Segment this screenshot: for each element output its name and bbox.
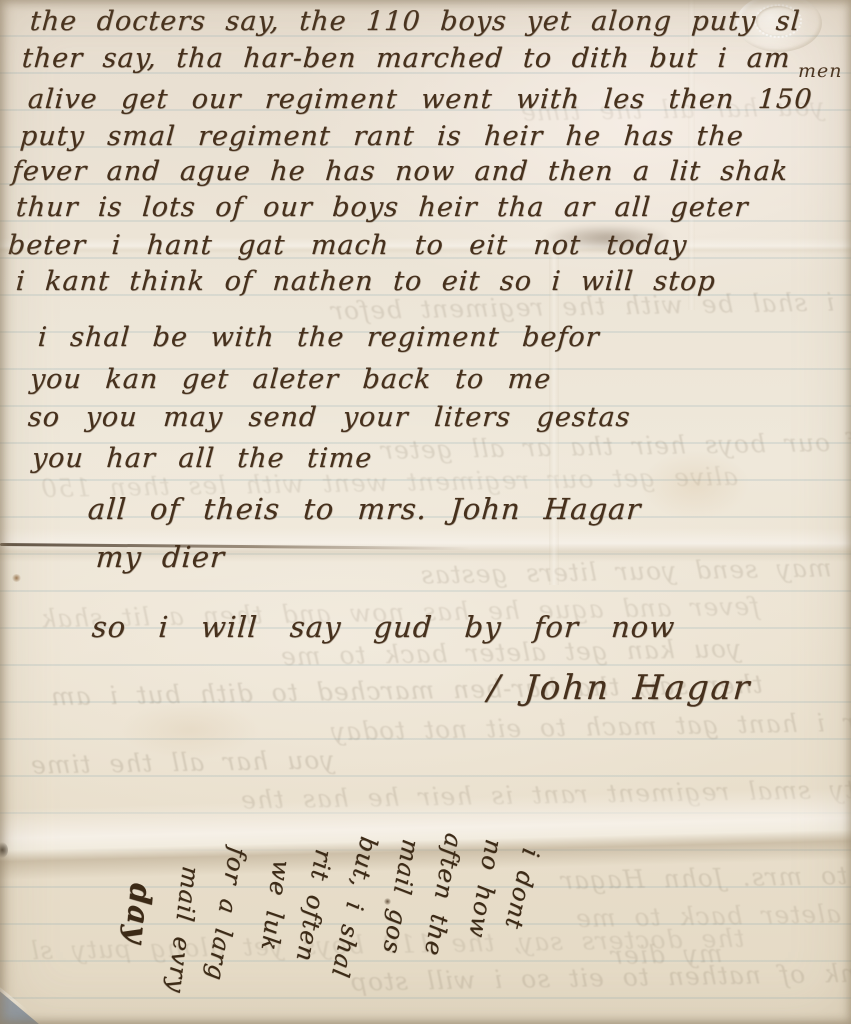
margin-note-line: mail evry [162, 865, 205, 995]
stain-spot [12, 574, 21, 582]
fold-crease-upper [0, 238, 851, 254]
bleed-through-text: you kan get aleter back to me [575, 896, 851, 933]
bleed-through-text: alive get our regiment went with les the… [40, 462, 738, 503]
bleed-through-text: my dier [610, 939, 723, 970]
fold-crease-vertical-upper [688, 0, 695, 310]
signature-flourish: / [487, 668, 526, 708]
letter-line: puty smal regiment rant is heir he has t… [19, 121, 745, 152]
paper-stain [640, 450, 750, 520]
bleed-through-text: you kan get aleter back to me [280, 634, 742, 671]
bleed-through-text: fever and ague he has now and then a lit… [40, 592, 760, 634]
fold-crease-major [0, 787, 851, 881]
inserted-word: men [798, 60, 843, 82]
bleed-through-text: you har all the time [520, 92, 825, 126]
letter-line: you kan get aleter back to me [29, 364, 553, 395]
margin-note-line: day [118, 882, 158, 946]
stain-spot [384, 898, 391, 905]
letter-line: ther say, tha har-ben marched to dith bu… [21, 43, 792, 74]
letter-line: fever and ague he has now and then a lit… [11, 156, 789, 187]
signature-name: John Hagar [523, 668, 753, 708]
letter-line: alive get our regiment went with les the… [27, 84, 814, 115]
letter-line: thur is lots of our boys heir tha ar all… [15, 192, 750, 223]
embossed-seal [736, 0, 822, 52]
farewell-line: so i will say gud by for now [91, 610, 677, 644]
ink-smudge [542, 224, 672, 252]
letter-line: i shal be with the regiment befor [37, 322, 601, 353]
page-corner-background [0, 986, 54, 1024]
letter-line: i kant think of nathen to eit so i will … [15, 266, 717, 297]
embossed-seal-pattern [754, 4, 802, 38]
paper-stain [120, 700, 260, 760]
bleed-through-text: thur is lots of our boys heir tha ar all… [380, 424, 851, 465]
bleed-through-text: i kant think of nathen to eit so i will … [350, 956, 851, 996]
letter-line: all of theis to mrs. John Hagar [87, 492, 643, 526]
letter-line: you har all the time [31, 443, 373, 474]
fold-crease-vertical [549, 255, 559, 585]
signature: / John Hagar [487, 668, 753, 708]
letter-scan-page: you har all the time i shal be with the … [0, 0, 851, 1024]
bleed-through-text: i shal be with the regiment befor [330, 288, 835, 326]
letter-line: the docters say, the 110 boys yet along … [29, 6, 801, 37]
bleed-through-text: the docters say, the 110 boys yet along … [30, 924, 745, 965]
letter-line: so you may send your liters gestas [27, 402, 632, 433]
bleed-through-text: beter i hant gat mach to eit not today [330, 707, 851, 746]
